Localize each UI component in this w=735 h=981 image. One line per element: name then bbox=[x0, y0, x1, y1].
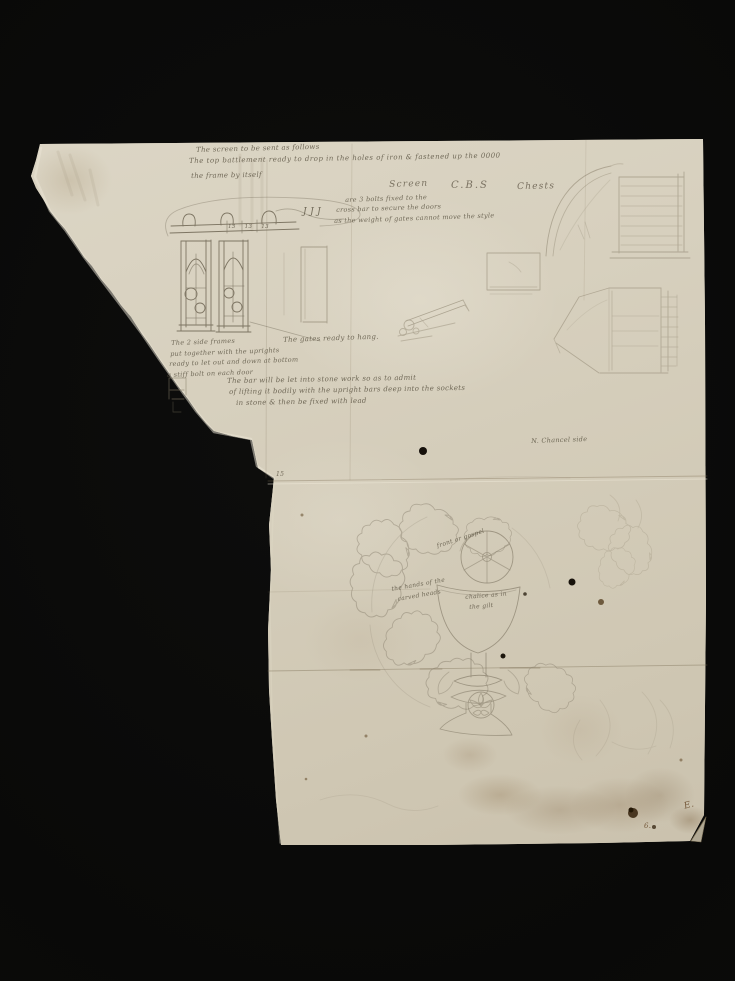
pencil-sketches bbox=[0, 0, 735, 981]
note-instruction-3: the frame by itself bbox=[191, 171, 262, 180]
heading-cbs: C.B.S bbox=[451, 180, 489, 191]
cornice-dimensions: 13 13 13 bbox=[228, 224, 269, 230]
margin-mark: 15 bbox=[276, 471, 284, 478]
chest-sketch bbox=[554, 288, 678, 373]
ink-spots bbox=[301, 447, 683, 829]
panel-rectangle-sketch bbox=[487, 253, 540, 294]
photograph-background: The screen to be sent as follows The top… bbox=[0, 0, 735, 981]
heading-chests: Chests bbox=[517, 181, 555, 192]
bolts-mark: J J J bbox=[303, 207, 321, 217]
frame-bar-sketch bbox=[284, 246, 327, 323]
ghost-marks-sketch bbox=[320, 692, 673, 811]
ink-mark-six: 6. bbox=[644, 822, 651, 830]
gothic-door-panels-sketch bbox=[177, 240, 320, 341]
corner-fold bbox=[691, 817, 706, 842]
foliage-sprig-sketch bbox=[578, 495, 665, 591]
heading-screen: Screen bbox=[389, 179, 428, 190]
desk-sketch bbox=[398, 300, 469, 341]
arch-grille-sketch bbox=[546, 164, 690, 258]
